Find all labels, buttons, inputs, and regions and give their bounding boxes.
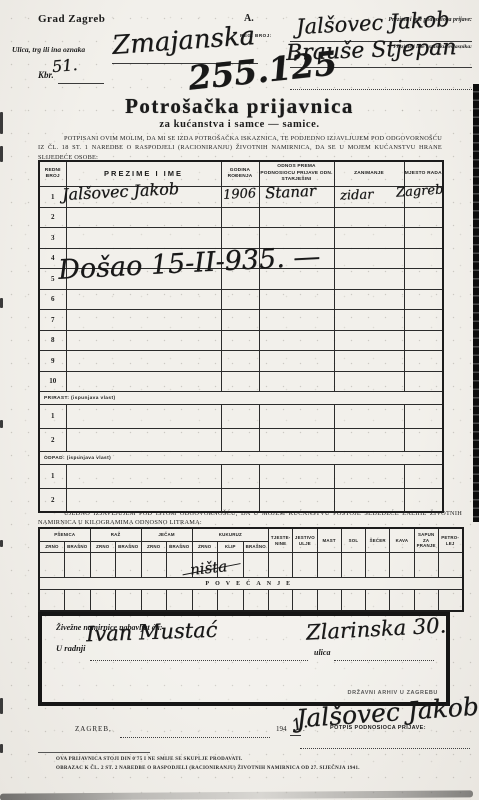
ruled-line bbox=[90, 660, 308, 661]
person-row: 7 bbox=[39, 310, 443, 331]
col-header-zanimanje: ZANIMANJE bbox=[334, 161, 404, 187]
scanned-ration-form: Grad Zagreb A. REG. BROJ: Prezime i ime … bbox=[0, 0, 479, 800]
supplies-increase-row bbox=[39, 590, 463, 612]
col-jestivo-ulje: JESTIVO ULJE bbox=[293, 528, 317, 553]
year-printed: 194 bbox=[276, 726, 287, 733]
group-raz: RAŽ bbox=[90, 528, 141, 542]
person-row: 8 bbox=[39, 330, 443, 351]
household-members-table: REDNI BROJ PREZIME I IME GODINA ROĐENJA … bbox=[38, 160, 444, 513]
ruled-line bbox=[300, 748, 470, 749]
col-mast: MAST bbox=[317, 528, 341, 553]
col-secer: ŠEĆER bbox=[366, 528, 390, 553]
scan-mark bbox=[0, 420, 3, 428]
group-kukuruz: KUKURUZ bbox=[192, 528, 269, 542]
handwritten-applicant-name: Jalšovec Jakob bbox=[296, 9, 450, 38]
handwritten-relation: Stanar bbox=[265, 184, 317, 202]
form-title: Potrošačka prijavnica bbox=[0, 94, 479, 119]
person-row: 2 bbox=[39, 207, 443, 228]
odpad-section-row: ODPAD: (ispunjava vlast) bbox=[39, 452, 443, 465]
person-row: 10 bbox=[39, 371, 443, 392]
odpad-label: ODPAD: (ispunjava vlast) bbox=[39, 452, 443, 465]
povecanje-row: POVEĆANJE bbox=[39, 578, 463, 590]
ruled-line bbox=[120, 737, 270, 738]
handwritten-house-number: 51. bbox=[51, 57, 78, 75]
scan-mark bbox=[0, 698, 3, 714]
house-number-label: Kbr. bbox=[38, 71, 54, 80]
odpad-row: 1 bbox=[39, 465, 443, 489]
footer-regulation-note: OBRAZAC K ČL. 2 ST. 2 NAREDBE O RASPODJE… bbox=[56, 766, 360, 771]
col-header-godina: GODINA ROĐENJA bbox=[221, 161, 259, 187]
handwritten-birth-year: 1906 bbox=[223, 187, 257, 202]
handwritten-houseowner-name: Brauše Stjepan bbox=[286, 37, 457, 65]
shop-name-label: U radnji bbox=[56, 644, 86, 653]
person-row: 6 bbox=[39, 289, 443, 310]
handwritten-occupation: zidar bbox=[340, 188, 374, 202]
prirast-label: PRIRAST: (ispunjava vlast) bbox=[39, 392, 443, 405]
ruled-line bbox=[290, 89, 472, 90]
shop-street-label: ulica bbox=[314, 649, 330, 657]
footer-price-note: OVA PRIJAVNICA STOJI DIN 0'75 I NE SMIJE… bbox=[56, 757, 243, 762]
handwritten-nista-crossed: ništa bbox=[189, 559, 228, 578]
supplies-entry-row bbox=[39, 553, 463, 578]
col-petrolej: PETRO-LEJ bbox=[438, 528, 462, 553]
declaration-paragraph-2: UJEDNO IZJAVLJUJEM POD ISTOM ODGOVORNOŠĆ… bbox=[38, 509, 462, 528]
scan-mark bbox=[0, 146, 3, 162]
col-sol: SOL bbox=[341, 528, 365, 553]
scan-edge-bottom bbox=[0, 790, 473, 800]
scan-edge-right bbox=[473, 84, 479, 522]
city-label: Grad Zagreb bbox=[38, 14, 105, 25]
povecanje-label: POVEĆANJE bbox=[39, 578, 463, 590]
footer-rule bbox=[38, 752, 150, 753]
place-label: ZAGREB, bbox=[75, 726, 112, 733]
col-sapun: SAPUN ZA PRANJE bbox=[414, 528, 438, 553]
ruled-line bbox=[290, 735, 301, 736]
col-tjestenine: TJESTE-NINE bbox=[269, 528, 293, 553]
form-subtitle: za kućanstva i samce — samice. bbox=[0, 119, 479, 130]
scan-mark bbox=[0, 540, 3, 547]
handwritten-workplace: Zagreb bbox=[396, 183, 444, 199]
handwritten-shop-name: Ivan Mustać bbox=[86, 620, 218, 646]
declaration-paragraph-1: POTPISANI OVIM MOLIM, DA MI SE IZDA POTR… bbox=[38, 134, 442, 162]
prirast-row: 2 bbox=[39, 428, 443, 452]
prirast-section-row: PRIRAST: (ispunjava vlast) bbox=[39, 392, 443, 405]
street-label: Ulica, trg ili ina oznaka bbox=[12, 46, 85, 54]
prirast-row: 1 bbox=[39, 405, 443, 429]
food-supplies-table: PŠENICA RAŽ JEČAM KUKURUZ TJESTE-NINE JE… bbox=[38, 527, 464, 612]
col-header-redni-broj: REDNI BROJ bbox=[39, 161, 66, 187]
col-kava: KAVA bbox=[390, 528, 414, 553]
group-jecam: JEČAM bbox=[141, 528, 192, 542]
ruled-line bbox=[334, 660, 434, 661]
group-psenica: PŠENICA bbox=[39, 528, 90, 542]
scan-mark bbox=[0, 744, 3, 753]
supplies-group-header-row: PŠENICA RAŽ JEČAM KUKURUZ TJESTE-NINE JE… bbox=[39, 528, 463, 542]
ruled-line bbox=[58, 83, 104, 84]
person-row: 9 bbox=[39, 351, 443, 372]
scan-mark bbox=[0, 298, 3, 308]
